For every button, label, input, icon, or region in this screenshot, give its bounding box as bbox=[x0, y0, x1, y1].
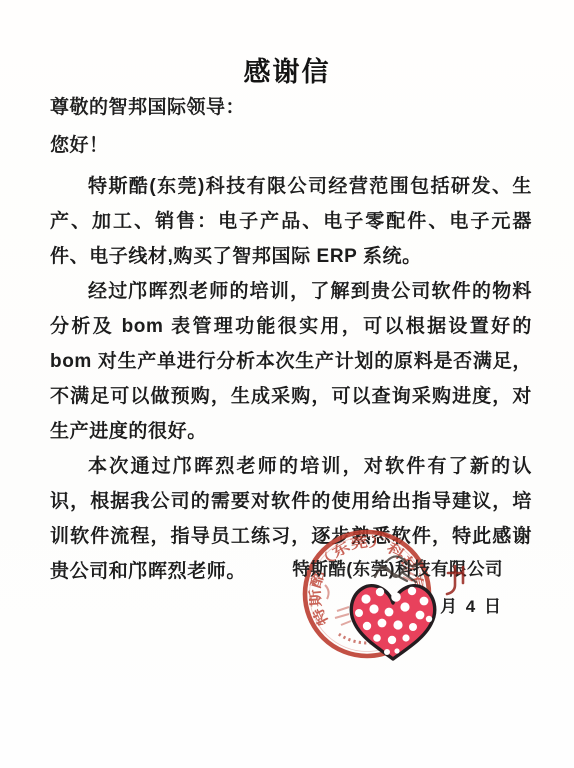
seal-serial-arc bbox=[339, 634, 395, 643]
letter-title: 感谢信 bbox=[0, 50, 574, 89]
letter-paragraph-2: 经过邝晖烈老师的培训，了解到贵公司软件的物料分析及 bom 表管理功能很实用，可… bbox=[50, 274, 532, 449]
letter-paragraph-1: 特斯酷(东莞)科技有限公司经营范围包括研发、生产、加工、销售：电子产品、电子零配… bbox=[50, 169, 532, 274]
greeting-line: 您好！ bbox=[50, 134, 532, 158]
signature-company: 特斯酷(东莞)科技有限公司 bbox=[292, 556, 503, 581]
salutation-line: 尊敬的智邦国际领导： bbox=[50, 96, 532, 120]
letter-page: 感谢信 尊敬的智邦国际领导： 您好！ 特斯酷(东莞)科技有限公司经营范围包括研发… bbox=[0, 0, 574, 768]
signature-date: 12 月 4 日 bbox=[410, 592, 503, 617]
